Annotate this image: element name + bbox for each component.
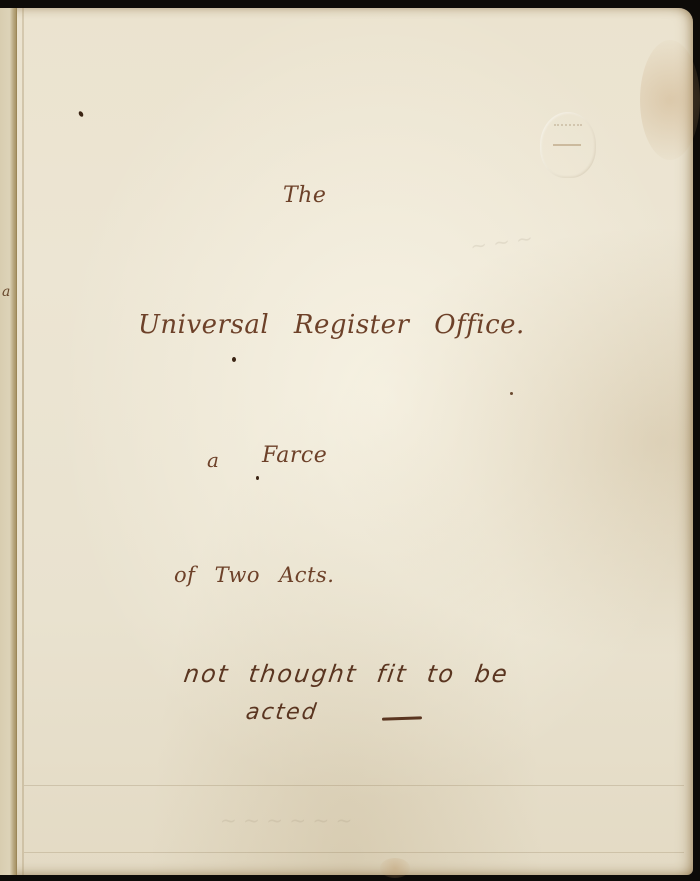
paper-crease <box>24 785 684 786</box>
paper-stain <box>640 40 700 160</box>
title-the: The <box>283 183 326 208</box>
crown-icon <box>554 124 582 134</box>
main-title: Universal Register Office. <box>138 310 525 340</box>
subtitle-article: a <box>207 448 219 472</box>
paper-stain <box>380 858 410 878</box>
annotation-line-1: not thought fit to be <box>182 660 511 688</box>
binding-edge <box>0 8 17 875</box>
margin-scribble: a <box>2 284 10 300</box>
page-fold-line <box>22 8 24 875</box>
paper-crease <box>24 852 684 853</box>
showthrough-text-lower: ~ ~ ~ ~ ~ ~ <box>220 808 352 832</box>
ink-spot <box>510 392 513 395</box>
subtitle-genre: Farce <box>262 443 327 468</box>
subtitle-acts: of Two Acts. <box>174 563 334 587</box>
ink-spot <box>256 476 259 480</box>
annotation-line-2: acted <box>244 700 319 725</box>
crest-bar <box>553 144 581 146</box>
ink-spot <box>232 357 236 362</box>
embossed-crest-icon <box>540 112 596 178</box>
